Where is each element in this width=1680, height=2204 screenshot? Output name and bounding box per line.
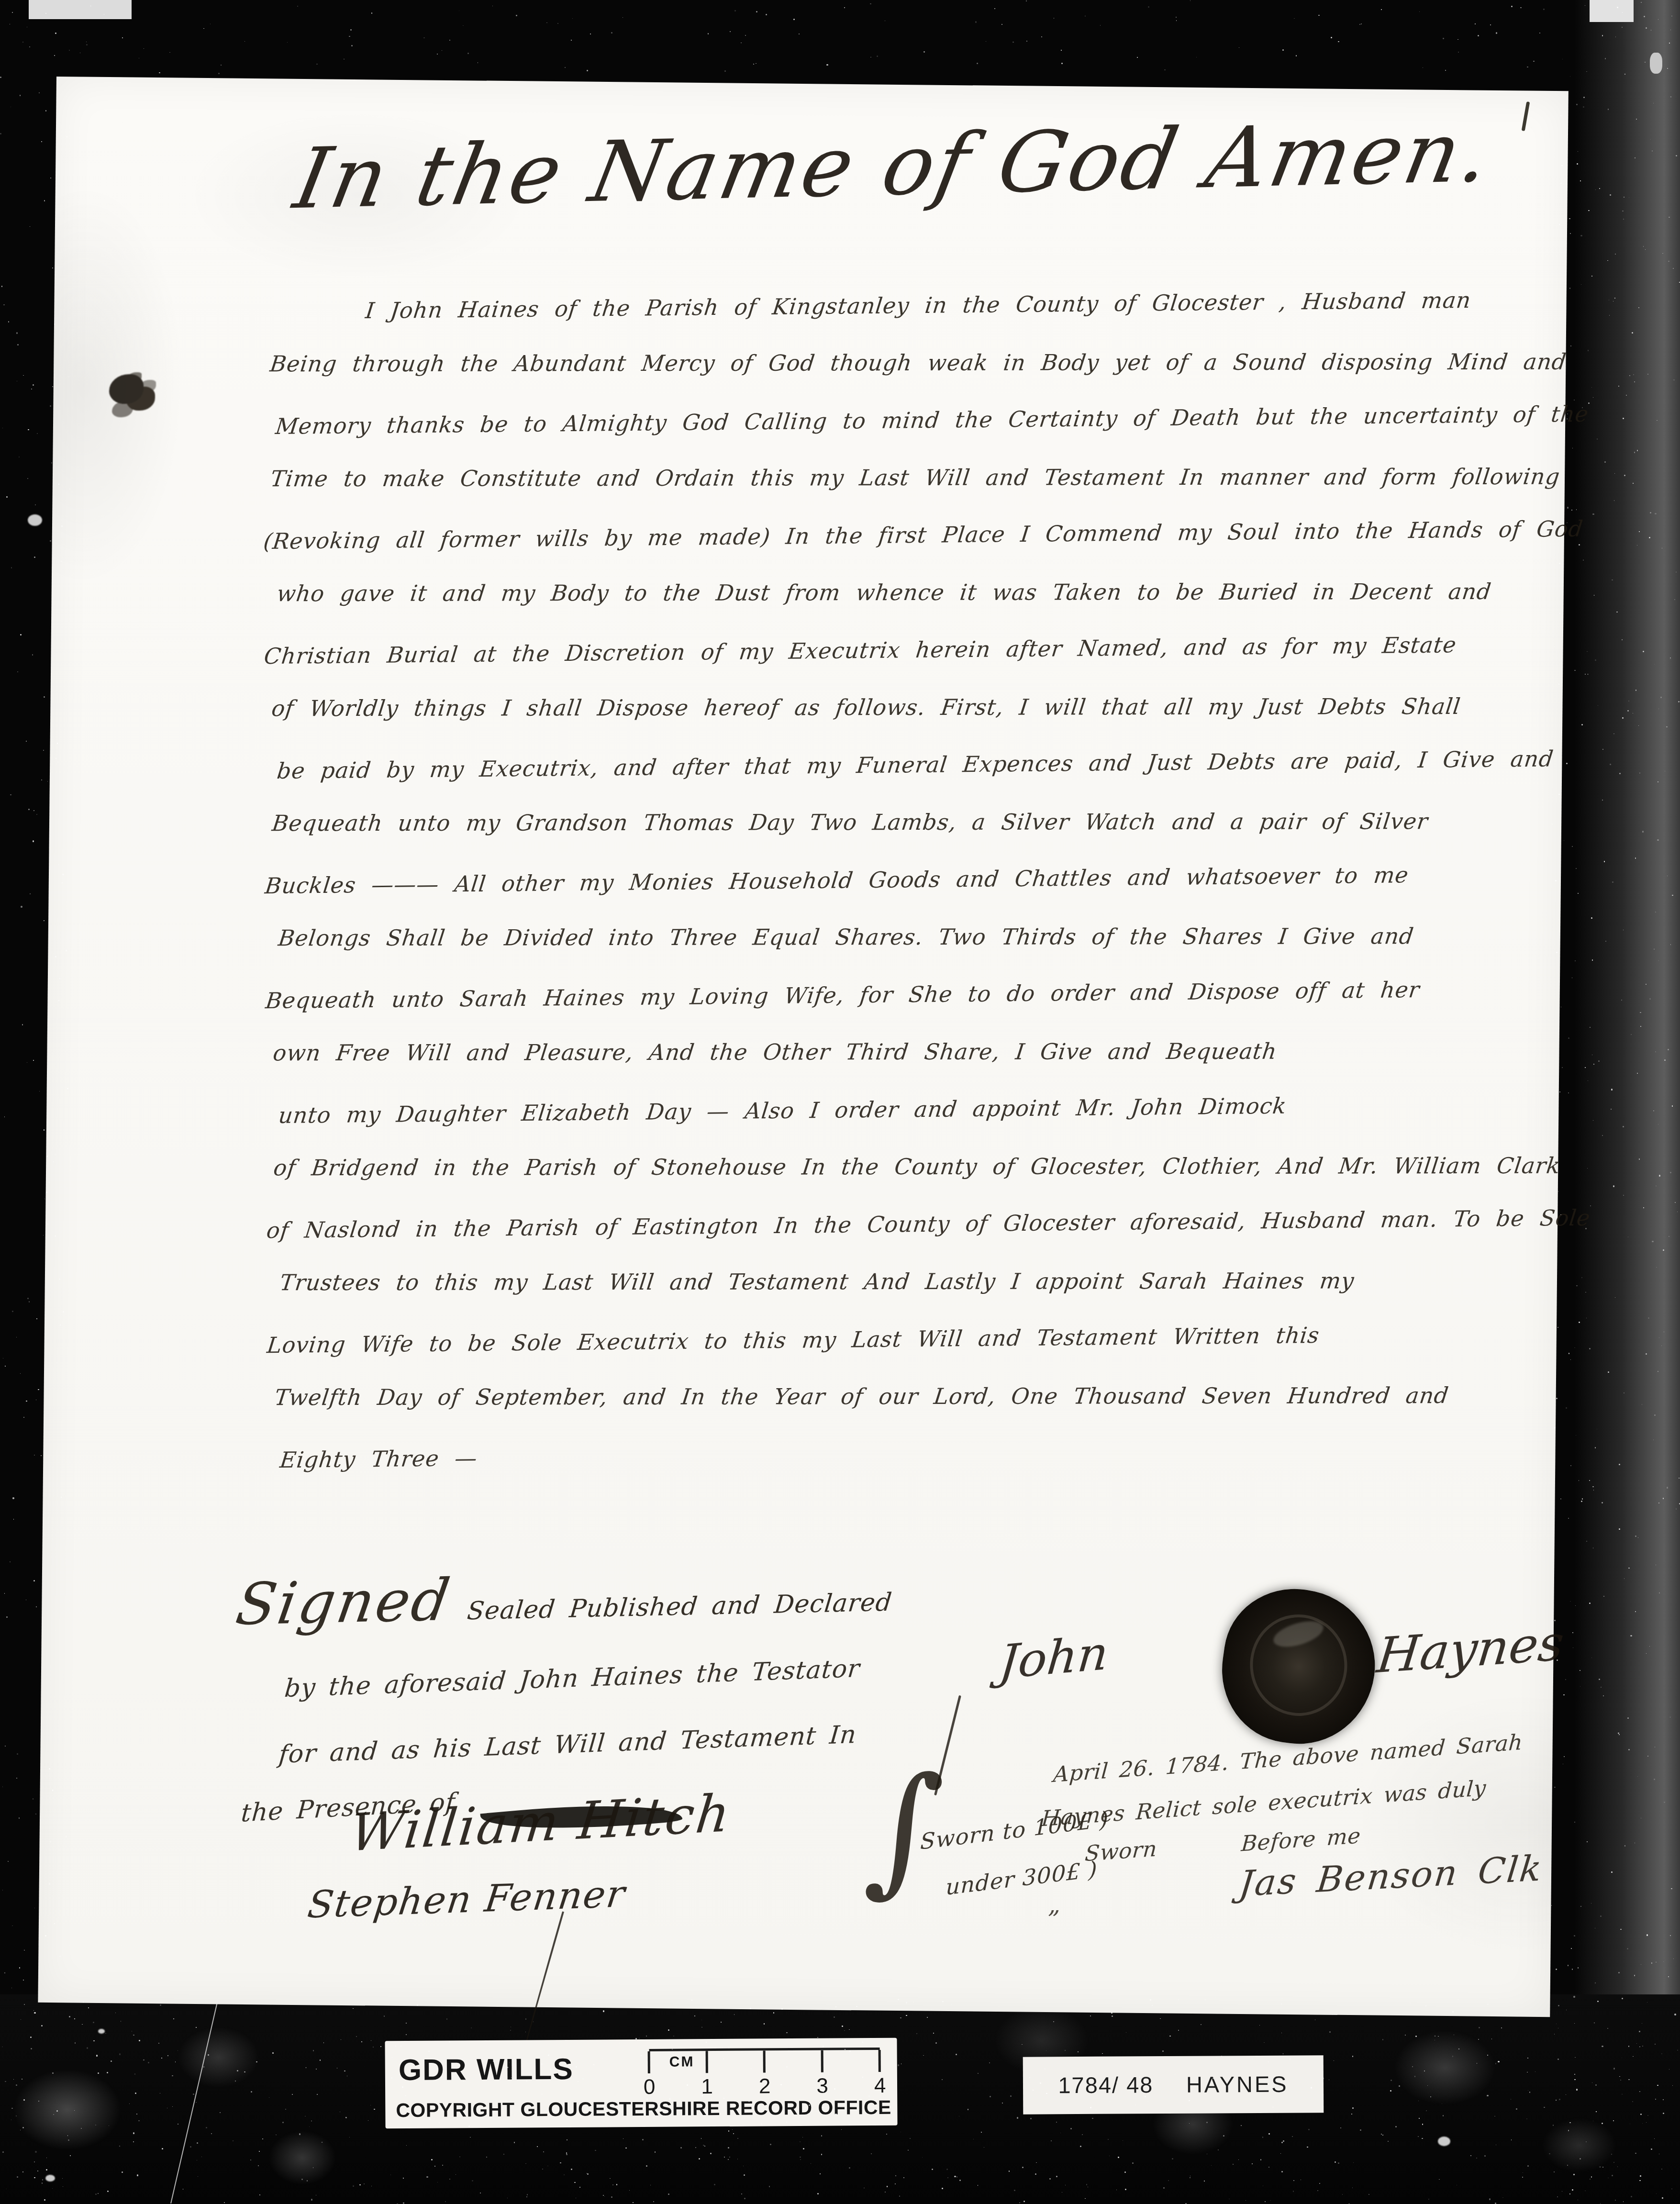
film-speck — [34, 1455, 35, 1456]
film-speck — [1112, 2077, 1113, 2078]
film-speck — [1673, 379, 1675, 381]
film-speck — [1618, 1733, 1619, 1734]
film-speck — [1587, 651, 1588, 652]
ruler-tick-line — [705, 2051, 708, 2073]
film-speck — [639, 2038, 640, 2039]
film-speck — [900, 2017, 901, 2019]
film-speck — [401, 2046, 401, 2047]
film-speck — [135, 2093, 136, 2094]
ruler-tick-label: 3 — [816, 2074, 828, 2098]
film-speck — [1555, 1787, 1556, 1788]
film-speck — [1388, 2141, 1389, 2142]
film-speck — [1652, 1241, 1653, 1242]
film-speck — [1562, 1067, 1563, 1068]
film-speck — [1628, 1568, 1630, 1569]
cm-ruler: CM 0 1 2 — [649, 2048, 880, 2099]
ruler-tick-label: 2 — [759, 2074, 771, 2098]
film-speck — [1029, 2077, 1030, 2078]
film-speck — [1604, 461, 1606, 463]
film-speck — [46, 1191, 47, 1193]
film-speck — [1419, 2118, 1420, 2119]
film-speck — [1654, 1414, 1656, 1416]
film-speck — [899, 2196, 900, 2196]
film-speck — [511, 2077, 512, 2078]
film-speck — [1569, 2122, 1570, 2123]
film-speck — [571, 40, 572, 41]
film-speck — [406, 2023, 407, 2024]
film-speck — [1587, 1168, 1588, 1169]
film-speck — [1418, 2101, 1419, 2101]
film-speck — [1160, 2018, 1161, 2019]
film-speck — [1268, 2167, 1269, 2168]
film-speck — [26, 741, 27, 742]
film-speck — [1487, 2095, 1488, 2096]
film-speck — [1649, 537, 1650, 538]
film-speck — [1543, 9, 1545, 10]
film-speck — [821, 2135, 823, 2137]
film-speck — [633, 2202, 633, 2203]
film-speck — [525, 2163, 526, 2164]
film-speck — [340, 2112, 340, 2112]
film-speck — [29, 46, 30, 47]
film-speck — [541, 2093, 543, 2095]
film-speck — [923, 51, 925, 53]
film-speck — [1206, 2122, 1208, 2123]
film-speck — [1670, 30, 1671, 30]
attestation-line: for and as his Last Will and Testament I… — [278, 1720, 857, 1769]
film-speck — [1663, 1249, 1664, 1251]
film-speck — [1282, 49, 1284, 51]
film-speck — [1655, 513, 1656, 514]
film-speck — [137, 2174, 138, 2176]
film-speck — [50, 540, 51, 542]
film-speck — [526, 2196, 527, 2197]
film-speck — [895, 2175, 896, 2176]
film-speck — [1600, 1915, 1602, 1917]
film-speck — [136, 2114, 137, 2115]
film-speck — [423, 37, 424, 38]
film-speck — [1630, 1635, 1632, 1636]
film-speck — [722, 2048, 723, 2048]
film-speck — [45, 1935, 46, 1937]
film-speck — [1633, 483, 1634, 484]
film-speck — [1668, 1049, 1669, 1050]
film-speck — [1137, 57, 1138, 58]
film-speck — [1622, 1998, 1623, 1999]
film-speck — [316, 2195, 316, 2195]
film-speck — [1443, 2115, 1444, 2116]
film-speck — [1626, 395, 1627, 396]
film-speck — [1414, 2076, 1416, 2077]
film-speck — [1658, 960, 1659, 961]
film-speck — [1665, 771, 1665, 771]
film-speck — [0, 133, 1, 134]
film-speck — [1163, 2187, 1165, 2189]
film-speck — [1585, 1067, 1586, 1068]
film-speck — [1539, 33, 1540, 33]
film-speck — [16, 1778, 17, 1779]
film-speck — [1150, 1999, 1151, 2001]
film-speck — [1443, 38, 1444, 39]
film-speck — [978, 2185, 978, 2185]
film-speck — [309, 2126, 310, 2127]
film-speck — [1125, 2189, 1126, 2190]
film-speck — [616, 2184, 618, 2185]
film-speck — [1592, 1486, 1594, 1488]
ruler-tick-label: 4 — [874, 2074, 886, 2098]
film-speck — [1162, 2050, 1164, 2052]
film-speck — [1527, 2058, 1528, 2059]
film-speck — [823, 2107, 824, 2108]
film-speck — [1651, 2148, 1652, 2150]
film-speck — [1640, 1026, 1641, 1027]
film-speck — [426, 2176, 428, 2178]
film-speck — [1602, 800, 1603, 801]
film-speck — [1010, 2095, 1012, 2097]
film-speck — [1571, 1948, 1572, 1949]
film-speck — [449, 40, 450, 41]
film-speck — [737, 2159, 738, 2159]
film-speck — [403, 2203, 404, 2204]
film-speck — [167, 2055, 168, 2056]
film-speck — [680, 2147, 682, 2148]
film-speck — [55, 956, 56, 957]
film-speck — [1078, 2051, 1079, 2052]
film-speck — [578, 2081, 579, 2082]
will-line: Christian Burial at the Discretion of my… — [261, 615, 1579, 685]
film-speck — [1658, 1124, 1658, 1124]
film-speck — [1607, 2028, 1608, 2029]
film-speck — [1566, 763, 1568, 764]
film-speck — [525, 2018, 526, 2019]
film-speck — [1412, 2066, 1413, 2067]
film-blob — [45, 2175, 55, 2182]
film-speck — [1574, 1935, 1575, 1937]
film-speck — [345, 2117, 347, 2118]
film-speck — [841, 2129, 842, 2130]
film-speck — [408, 2108, 409, 2109]
film-speck — [1568, 1518, 1569, 1519]
film-speck — [42, 2179, 44, 2181]
film-speck — [1283, 2053, 1283, 2054]
film-speck — [1012, 42, 1014, 43]
film-speck — [237, 2070, 238, 2071]
film-speck — [590, 33, 591, 34]
film-speck — [1678, 701, 1680, 702]
film-speck — [1613, 1185, 1614, 1187]
film-speck — [1527, 2165, 1529, 2167]
film-speck — [1595, 2084, 1597, 2086]
film-speck — [1307, 2147, 1308, 2148]
film-speck — [1669, 1236, 1669, 1237]
film-speck — [668, 2029, 669, 2031]
film-speck — [58, 2002, 59, 2002]
film-speck — [646, 2036, 647, 2037]
film-speck — [862, 2077, 863, 2078]
film-speck — [1511, 6, 1513, 7]
film-speck — [1576, 104, 1578, 105]
film-speck — [1595, 1982, 1596, 1983]
film-speck — [1209, 2011, 1209, 2011]
attestation-line: by the aforesaid John Haines the Testato… — [283, 1654, 861, 1703]
film-speck — [908, 2150, 908, 2150]
film-speck — [55, 1630, 56, 1631]
film-speck — [1352, 2056, 1353, 2057]
film-speck — [33, 840, 34, 842]
film-speck — [750, 2124, 751, 2125]
film-speck — [533, 2021, 534, 2022]
film-speck — [1399, 2085, 1400, 2086]
film-speck — [1452, 2011, 1454, 2013]
film-speck — [1424, 2070, 1425, 2071]
will-line: be paid by my Executrix, and after that … — [274, 730, 1580, 800]
film-speck — [1602, 35, 1603, 36]
film-speck — [650, 2185, 651, 2185]
film-speck — [132, 2031, 132, 2031]
film-speck — [903, 2177, 904, 2178]
film-speck — [1430, 2096, 1431, 2097]
film-speck — [817, 2037, 818, 2038]
film-speck — [811, 2163, 811, 2164]
film-speck — [1659, 1592, 1660, 1593]
film-speck — [1623, 1126, 1624, 1127]
film-speck — [67, 136, 67, 137]
film-speck — [1602, 2167, 1603, 2168]
film-speck — [728, 2159, 729, 2160]
film-speck — [54, 323, 55, 324]
film-speck — [1204, 2181, 1205, 2182]
film-speck — [1629, 197, 1629, 198]
film-speck — [29, 1301, 30, 1302]
film-speck — [1044, 2068, 1046, 2070]
film-speck — [251, 2091, 252, 2093]
film-speck — [1647, 2115, 1648, 2116]
film-speck — [1567, 507, 1569, 508]
film-speck — [1676, 572, 1677, 573]
film-speck — [49, 1883, 50, 1884]
film-speck — [1613, 2068, 1615, 2069]
film-speck — [1675, 1202, 1676, 1203]
film-speck — [90, 5, 91, 7]
film-speck — [1544, 2107, 1545, 2108]
film-speck — [989, 2062, 990, 2063]
film-speck — [16, 2115, 17, 2116]
film-speck — [579, 2187, 580, 2188]
film-speck — [20, 634, 22, 635]
film-speck — [107, 2072, 108, 2073]
film-speck — [942, 2001, 943, 2002]
film-speck — [69, 2016, 70, 2017]
film-speck — [1319, 2183, 1320, 2184]
film-speck — [1642, 2023, 1642, 2024]
film-speck — [1635, 1611, 1636, 1612]
film-speck — [269, 2097, 269, 2098]
film-speck — [8, 1861, 9, 1862]
film-speck — [1061, 63, 1063, 64]
film-speck — [55, 33, 56, 34]
film-speck — [307, 2180, 308, 2181]
film-speck — [1634, 452, 1635, 453]
film-speck — [1570, 233, 1571, 234]
film-speck — [1670, 657, 1671, 658]
film-speck — [1572, 846, 1573, 847]
film-speck — [764, 2023, 765, 2024]
film-speck — [244, 2071, 245, 2072]
film-speck — [1169, 2036, 1170, 2037]
film-speck — [143, 2059, 145, 2061]
film-speck — [1294, 18, 1295, 19]
film-speck — [51, 463, 52, 464]
film-speck — [406, 2034, 407, 2035]
film-speck — [1591, 1903, 1591, 1903]
film-speck — [1627, 710, 1629, 712]
film-speck — [98, 2193, 99, 2194]
film-speck — [1422, 2124, 1424, 2125]
film-speck — [1607, 260, 1608, 261]
film-speck — [1594, 595, 1595, 596]
film-speck — [1033, 2090, 1034, 2091]
film-speck — [1561, 355, 1562, 356]
film-speck — [835, 2114, 836, 2115]
film-speck — [49, 1615, 50, 1615]
film-speck — [669, 2098, 671, 2100]
film-speck — [1395, 2126, 1397, 2127]
film-speck — [1368, 2194, 1369, 2195]
film-speck — [67, 1688, 67, 1688]
film-speck — [1592, 1055, 1592, 1055]
film-speck — [1533, 61, 1535, 62]
film-speck — [1338, 41, 1339, 43]
testator-signature-surname: Haynes — [1374, 1615, 1567, 1685]
film-speck — [1293, 2191, 1294, 2192]
film-speck — [175, 2061, 176, 2062]
film-speck — [434, 2166, 435, 2167]
film-speck — [67, 2135, 68, 2136]
film-speck — [898, 2064, 899, 2066]
film-speck — [58, 1000, 59, 1001]
film-speck — [526, 2081, 527, 2082]
film-speck — [35, 504, 36, 505]
film-speck — [1296, 55, 1297, 56]
film-speck — [1640, 2175, 1641, 2177]
film-speck — [1613, 2120, 1614, 2121]
film-speck — [58, 484, 59, 485]
film-speck — [1361, 23, 1362, 24]
film-speck — [710, 2153, 712, 2154]
film-speck — [23, 1980, 24, 1981]
film-speck — [1597, 439, 1597, 439]
film-speck — [371, 12, 373, 14]
film-speck — [887, 2186, 888, 2187]
film-speck — [723, 2098, 724, 2099]
film-speck — [1635, 2153, 1636, 2154]
film-speck — [1612, 579, 1613, 581]
film-speck — [823, 2046, 824, 2047]
film-speck — [220, 2112, 221, 2113]
will-line: Bequeath unto my Grandson Thomas Day Two… — [269, 792, 1580, 852]
film-speck — [403, 2178, 404, 2179]
film-speck — [611, 32, 612, 33]
film-speck — [4, 1593, 5, 1594]
film-speck — [1555, 427, 1556, 428]
film-speck — [133, 2035, 134, 2036]
film-speck — [1615, 2200, 1616, 2201]
film-speck — [587, 2173, 589, 2175]
reference-label: 1784/ 48 HAYNES — [1023, 2055, 1324, 2114]
film-speck — [1674, 2014, 1676, 2015]
film-speck — [906, 2015, 907, 2016]
film-speck — [429, 2118, 431, 2120]
film-speck — [190, 2146, 191, 2148]
film-speck — [449, 2179, 450, 2180]
film-speck — [672, 2048, 673, 2050]
will-line: Eighty Three — — [277, 1419, 1583, 1489]
film-speck — [1332, 2015, 1333, 2015]
film-speck — [728, 2130, 729, 2131]
film-speck — [1622, 2058, 1622, 2058]
film-speck — [206, 2127, 207, 2128]
film-speck — [27, 1062, 27, 1063]
film-speck — [56, 758, 56, 759]
film-speck — [1619, 1464, 1620, 1465]
scanned-will-page: In the Name of God Amen. I John Haines o… — [0, 0, 1680, 2204]
film-speck — [612, 2184, 613, 2185]
film-speck — [1580, 180, 1581, 181]
will-line: unto my Daughter Elizabeth Day — Also I … — [275, 1074, 1581, 1144]
film-speck — [1556, 2100, 1557, 2101]
film-speck — [1281, 2142, 1283, 2143]
film-speck — [1405, 2035, 1406, 2036]
will-line: Loving Wife to be Sole Executrix to this… — [264, 1304, 1582, 1374]
film-speck — [673, 2036, 674, 2037]
film-speck — [742, 2118, 743, 2119]
film-speck — [1637, 450, 1638, 451]
film-speck — [786, 2122, 787, 2123]
film-speck — [1567, 523, 1567, 523]
film-speck — [33, 1798, 34, 1800]
film-speck — [1593, 1547, 1593, 1548]
film-speck — [981, 2132, 982, 2133]
film-speck — [1649, 1646, 1650, 1647]
film-speck — [1189, 2100, 1190, 2101]
film-speck — [883, 2100, 884, 2101]
film-speck — [1589, 1480, 1590, 1481]
film-speck — [1280, 2153, 1281, 2154]
film-speck — [63, 137, 64, 138]
film-speck — [1602, 2123, 1603, 2124]
film-speck — [54, 656, 55, 657]
film-speck — [898, 1999, 899, 2000]
film-speck — [6, 1616, 8, 1618]
film-speck — [139, 58, 139, 58]
film-speck — [1570, 1465, 1571, 1466]
film-speck — [463, 25, 464, 26]
film-speck — [516, 15, 517, 16]
film-speck — [809, 2104, 810, 2106]
film-speck — [374, 2109, 375, 2110]
film-speck — [751, 2107, 752, 2108]
film-speck — [999, 2006, 1000, 2007]
film-speck — [1301, 2180, 1301, 2180]
film-speck — [322, 2142, 323, 2143]
film-speck — [1672, 895, 1673, 896]
film-speck — [41, 779, 42, 780]
film-blob — [28, 514, 42, 526]
film-speck — [550, 2069, 552, 2070]
film-speck — [1670, 97, 1671, 97]
attestation-signed-word: Signed — [232, 1567, 456, 1638]
film-speck — [1268, 2061, 1269, 2062]
